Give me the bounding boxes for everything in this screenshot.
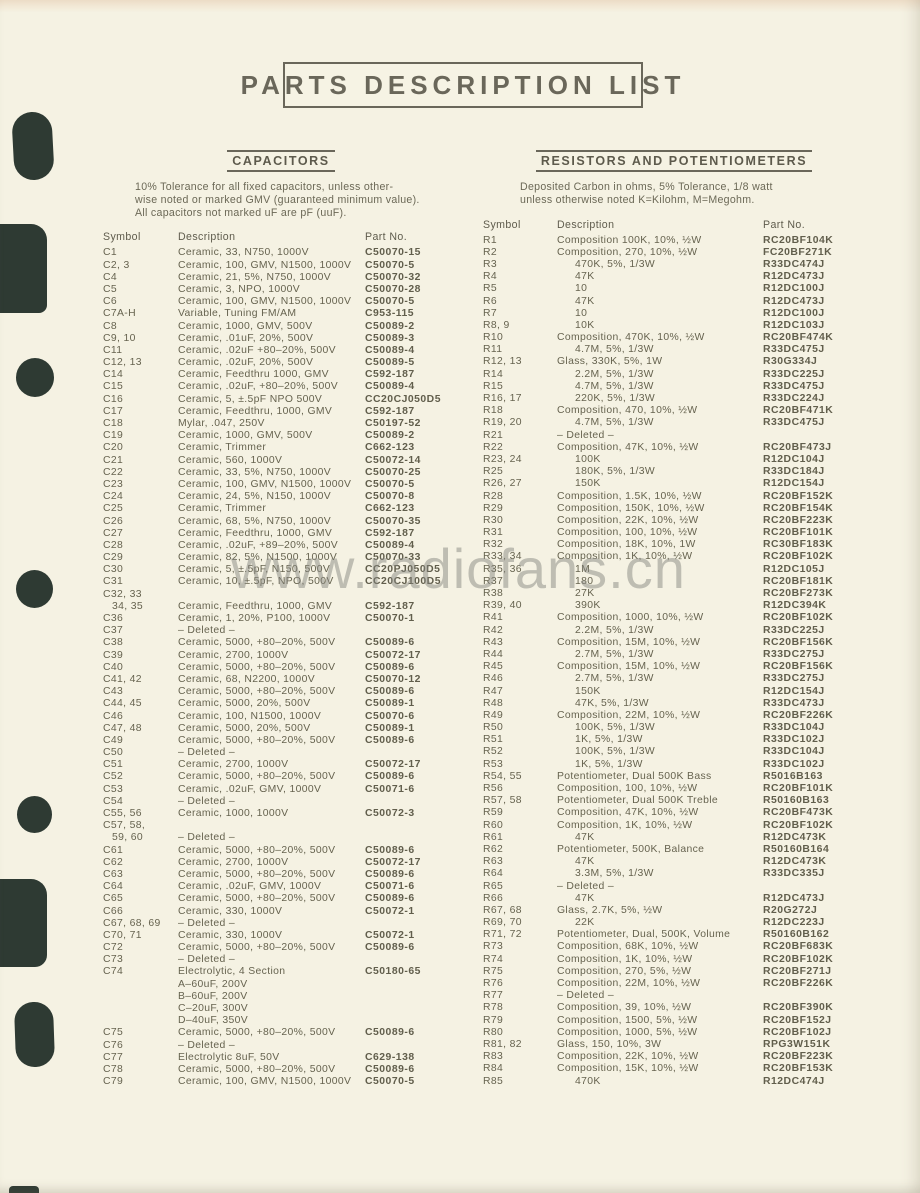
row-description: Ceramic, 100, GMV, N1500, 1000V: [178, 296, 351, 308]
row-symbol: C64: [103, 881, 123, 893]
row-symbol: R79: [483, 1015, 503, 1027]
table-row: R49Composition, 22M, 10%, ½WRC20BF226K: [480, 710, 868, 722]
row-description: Composition, 15K, 10%, ½W: [557, 1063, 699, 1075]
row-description: Electrolytic, 4 Section: [178, 966, 285, 978]
row-part: C50072-1: [365, 930, 415, 942]
row-description: 220K, 5%, 1/3W: [575, 393, 655, 405]
row-part: RC20BF683K: [763, 941, 833, 953]
table-row: C9, 10Ceramic, .01uF, 20%, 500VC50089-3: [95, 333, 467, 345]
row-description: 2.7M, 5%, 1/3W: [575, 673, 654, 685]
row-description: Ceramic, .01uF, 20%, 500V: [178, 333, 313, 345]
row-part: RC20BF102K: [763, 954, 833, 966]
row-description: Ceramic, Trimmer: [178, 503, 266, 515]
row-part: R33DC102J: [763, 759, 825, 771]
row-symbol: R30: [483, 515, 503, 527]
table-row: C70, 71Ceramic, 330, 1000VC50072-1: [95, 930, 467, 942]
row-part: RC20BF181K: [763, 576, 833, 588]
row-symbol: C11: [103, 345, 122, 357]
row-part: C50089-5: [365, 357, 415, 369]
row-symbol: C5: [103, 284, 117, 296]
table-row: C–20uF, 300V: [95, 1003, 467, 1015]
row-symbol: R21: [483, 430, 503, 442]
row-description: Composition, 47K, 10%, ½W: [557, 807, 699, 819]
row-part: R12DC473J: [763, 296, 825, 308]
row-symbol: C54: [103, 796, 123, 808]
row-part: C50089-4: [365, 540, 415, 552]
row-description: Ceramic, Feedthru, 1000, GMV: [178, 528, 332, 540]
row-part: RC20BF102K: [763, 612, 833, 624]
row-description: 3.3M, 5%, 1/3W: [575, 868, 654, 880]
row-symbol: 59, 60: [112, 832, 143, 844]
table-row: C29Ceramic, 82, 5%, N1500, 1000VC50070-3…: [95, 552, 467, 564]
row-symbol: C40: [103, 662, 123, 674]
table-row: C43Ceramic, 5000, +80–20%, 500VC50089-6: [95, 686, 467, 698]
row-description: Composition, 1K, 10%, ½W: [557, 551, 692, 563]
row-part: RC20BF101K: [763, 783, 833, 795]
row-description: 100K: [575, 454, 601, 466]
row-description: Composition, 1500, 5%, ½W: [557, 1015, 697, 1027]
row-description: 470K: [575, 1076, 601, 1088]
row-symbol: C38: [103, 637, 123, 649]
row-part: C50071-6: [365, 784, 415, 796]
table-row: R511K, 5%, 1/3WR33DC102J: [480, 734, 868, 746]
row-description: Ceramic, 1000, GMV, 500V: [178, 321, 313, 333]
punch-hole: [9, 1186, 39, 1193]
row-description: Ceramic, 10, ±.5pF, NPO, 500V: [178, 576, 334, 588]
row-description: Potentiometer, 500K, Balance: [557, 844, 704, 856]
resistors-note: Deposited Carbon in ohms, 5% Tolerance, …: [520, 181, 868, 207]
row-description: – Deleted –: [557, 430, 614, 442]
row-description: B–60uF, 200V: [178, 991, 247, 1003]
row-part: RC20BF226K: [763, 978, 833, 990]
row-symbol: C62: [103, 857, 123, 869]
table-row: C79Ceramic, 100, GMV, N1500, 1000VC50070…: [95, 1076, 467, 1088]
row-part: C50089-1: [365, 723, 415, 735]
row-symbol: R76: [483, 978, 503, 990]
row-part: C50089-3: [365, 333, 415, 345]
row-part: C50070-5: [365, 296, 415, 308]
row-description: – Deleted –: [178, 832, 235, 844]
row-symbol: C53: [103, 784, 123, 796]
row-description: 2.2M, 5%, 1/3W: [575, 625, 654, 637]
row-part: RC20BF152J: [763, 1015, 832, 1027]
table-row: R78Composition, 39, 10%, ½WRC20BF390K: [480, 1002, 868, 1014]
row-symbol: C41, 42: [103, 674, 142, 686]
row-part: RC20BF102K: [763, 551, 833, 563]
punch-hole: [14, 1001, 55, 1067]
table-row: R6647KR12DC473J: [480, 893, 868, 905]
row-symbol: R44: [483, 649, 503, 661]
row-part: R12DC100J: [763, 283, 825, 295]
row-symbol: R19, 20: [483, 417, 522, 429]
row-description: 2.7M, 5%, 1/3W: [575, 649, 654, 661]
row-part: R12DC154J: [763, 478, 825, 490]
column-header-description: Description: [557, 219, 614, 231]
table-row: C14Ceramic, Feedthru 1000, GMVC592-187: [95, 369, 467, 381]
resistors-heading: RESISTORS AND POTENTIOMETERS: [536, 150, 812, 172]
row-symbol: C26: [103, 516, 123, 528]
table-row: R74Composition, 1K, 10%, ½WRC20BF102K: [480, 954, 868, 966]
row-description: 47K, 5%, 1/3W: [575, 698, 649, 710]
row-symbol: C52: [103, 771, 123, 783]
row-symbol: R80: [483, 1027, 503, 1039]
table-row: R2Composition, 270, 10%, ½WFC20BF271K: [480, 247, 868, 259]
row-description: Composition, 470K, 10%, ½W: [557, 332, 705, 344]
row-part: R12DC473K: [763, 856, 826, 868]
row-part: C50089-2: [365, 430, 415, 442]
row-part: R12DC100J: [763, 308, 825, 320]
table-row: R81, 82Glass, 150, 10%, 3WRPG3W151K: [480, 1039, 868, 1051]
row-symbol: C21: [103, 455, 123, 467]
row-part: R12DC223J: [763, 917, 825, 929]
table-row: C67, 68, 69– Deleted –: [95, 918, 467, 930]
table-row: C5Ceramic, 3, NPO, 1000VC50070-28: [95, 284, 467, 296]
table-row: R39, 40390KR12DC394K: [480, 600, 868, 612]
row-part: RC20BF102J: [763, 1027, 832, 1039]
row-description: 47K: [575, 296, 595, 308]
row-symbol: R77: [483, 990, 503, 1002]
row-symbol: R46: [483, 673, 503, 685]
row-part: RC20BF473K: [763, 807, 833, 819]
row-symbol: C76: [103, 1040, 123, 1052]
capacitors-table-body: C1Ceramic, 33, N750, 1000VC50070-15C2, 3…: [95, 247, 467, 1088]
table-row: C25Ceramic, TrimmerC662-123: [95, 503, 467, 515]
row-description: Ceramic, 5000, 20%, 500V: [178, 723, 311, 735]
row-symbol: C27: [103, 528, 123, 540]
row-symbol: C77: [103, 1052, 123, 1064]
row-symbol: R78: [483, 1002, 503, 1014]
row-part: C50089-6: [365, 662, 415, 674]
row-part: RC20BF471K: [763, 405, 833, 417]
table-row: C21Ceramic, 560, 1000VC50072-14: [95, 455, 467, 467]
row-description: – Deleted –: [557, 990, 614, 1002]
row-description: Composition, 15M, 10%, ½W: [557, 661, 700, 673]
table-row: C74Electrolytic, 4 SectionC50180-65: [95, 966, 467, 978]
row-part: C50070-6: [365, 711, 415, 723]
row-symbol: C37: [103, 625, 123, 637]
row-part: C629-138: [365, 1052, 415, 1064]
row-part: R20G272J: [763, 905, 817, 917]
row-symbol: C30: [103, 564, 123, 576]
row-part: R12DC473K: [763, 832, 826, 844]
table-row: C55, 56Ceramic, 1000, 1000VC50072-3: [95, 808, 467, 820]
row-symbol: R42: [483, 625, 503, 637]
row-description: A–60uF, 200V: [178, 979, 247, 991]
table-row: R16, 17220K, 5%, 1/3WR33DC224J: [480, 393, 868, 405]
row-part: RC20BF223K: [763, 1051, 833, 1063]
table-row: C37– Deleted –: [95, 625, 467, 637]
row-part: R50160B164: [763, 844, 829, 856]
table-row: C77Electrolytic 8uF, 50VC629-138: [95, 1052, 467, 1064]
row-part: C50180-65: [365, 966, 421, 978]
table-row: R56Composition, 100, 10%, ½WRC20BF101K: [480, 783, 868, 795]
row-description: Potentiometer, Dual 500K Treble: [557, 795, 718, 807]
row-symbol: R5: [483, 283, 497, 295]
row-description: 10: [575, 308, 587, 320]
note-line: All capacitors not marked uF are pF (uuF…: [135, 207, 467, 220]
row-symbol: R64: [483, 868, 503, 880]
row-part: CC20PJ050D5: [365, 564, 440, 576]
row-symbol: R62: [483, 844, 503, 856]
resistors-table-header: Symbol Description Part No.: [480, 215, 868, 235]
table-row: R710R12DC100J: [480, 308, 868, 320]
parts-description-page: PARTS DESCRIPTION LIST CAPACITORS 10% To…: [0, 0, 920, 1193]
row-description: Ceramic, 5000, +80–20%, 500V: [178, 771, 335, 783]
row-description: – Deleted –: [178, 796, 235, 808]
row-symbol: R73: [483, 941, 503, 953]
table-row: C76– Deleted –: [95, 1040, 467, 1052]
row-description: Ceramic, Feedthru 1000, GMV: [178, 369, 329, 381]
row-symbol: C43: [103, 686, 123, 698]
table-row: C61Ceramic, 5000, +80–20%, 500VC50089-6: [95, 845, 467, 857]
row-description: 47K: [575, 893, 595, 905]
table-row: C46Ceramic, 100, N1500, 1000VC50070-6: [95, 711, 467, 723]
row-part: C50070-25: [365, 467, 421, 479]
row-symbol: C8: [103, 321, 117, 333]
table-row: R83Composition, 22K, 10%, ½WRC20BF223K: [480, 1051, 868, 1063]
row-part: R12DC473J: [763, 271, 825, 283]
table-row: R22Composition, 47K, 10%, ½WRC20BF473J: [480, 442, 868, 454]
row-symbol: C55, 56: [103, 808, 142, 820]
table-row: C18Mylar, .047, 250VC50197-52: [95, 418, 467, 430]
row-symbol: R67, 68: [483, 905, 522, 917]
table-row: C41, 42Ceramic, 68, N2200, 1000VC50070-1…: [95, 674, 467, 686]
table-row: R643.3M, 5%, 1/3WR33DC335J: [480, 868, 868, 880]
row-symbol: C17: [103, 406, 123, 418]
table-row: R47150KR12DC154J: [480, 686, 868, 698]
row-part: RC30BF183K: [763, 539, 833, 551]
row-description: 22K: [575, 917, 595, 929]
row-description: Composition, 22M, 10%, ½W: [557, 710, 700, 722]
row-description: 2.2M, 5%, 1/3W: [575, 369, 654, 381]
row-description: Composition, 1.5K, 10%, ½W: [557, 491, 702, 503]
row-symbol: C16: [103, 394, 123, 406]
row-symbol: R6: [483, 296, 497, 308]
row-part: C50089-4: [365, 345, 415, 357]
row-description: Composition, 150K, 10%, ½W: [557, 503, 705, 515]
row-symbol: R66: [483, 893, 503, 905]
row-symbol: R11: [483, 344, 502, 356]
row-part: C662-123: [365, 442, 415, 454]
row-part: C50072-3: [365, 808, 415, 820]
capacitors-table-header: Symbol Description Part No.: [95, 227, 467, 247]
row-part: C592-187: [365, 369, 415, 381]
table-row: 34, 35Ceramic, Feedthru, 1000, GMVC592-1…: [95, 601, 467, 613]
row-symbol: C12, 13: [103, 357, 142, 369]
row-description: Composition, 15M, 10%, ½W: [557, 637, 700, 649]
row-description: Electrolytic 8uF, 50V: [178, 1052, 279, 1064]
row-description: Ceramic, 2700, 1000V: [178, 759, 288, 771]
table-row: C32, 33: [95, 589, 467, 601]
row-symbol: R43: [483, 637, 503, 649]
row-description: Composition, 1K, 10%, ½W: [557, 820, 692, 832]
row-part: R33DC335J: [763, 868, 825, 880]
table-row: R69, 7022KR12DC223J: [480, 917, 868, 929]
row-part: C50089-6: [365, 637, 415, 649]
table-row: R19, 204.7M, 5%, 1/3WR33DC475J: [480, 417, 868, 429]
row-part: RC20BF153K: [763, 1063, 833, 1075]
row-symbol: C31: [103, 576, 123, 588]
table-row: B–60uF, 200V: [95, 991, 467, 1003]
table-row: R28Composition, 1.5K, 10%, ½WRC20BF152K: [480, 491, 868, 503]
row-symbol: C9, 10: [103, 333, 136, 345]
row-part: R50160B162: [763, 929, 829, 941]
table-row: R447KR12DC473J: [480, 271, 868, 283]
table-row: C50– Deleted –: [95, 747, 467, 759]
row-description: – Deleted –: [178, 954, 235, 966]
capacitors-note: 10% Tolerance for all fixed capacitors, …: [135, 181, 467, 219]
table-row: C78Ceramic, 5000, +80–20%, 500VC50089-6: [95, 1064, 467, 1076]
row-description: Ceramic, 5, ±.5pF NPO 500V: [178, 394, 322, 406]
row-symbol: R2: [483, 247, 497, 259]
row-part: RC20BF102K: [763, 820, 833, 832]
row-part: R30G334J: [763, 356, 817, 368]
row-description: Potentiometer, Dual 500K Bass: [557, 771, 712, 783]
table-row: C65Ceramic, 5000, +80–20%, 500VC50089-6: [95, 893, 467, 905]
row-symbol: R60: [483, 820, 503, 832]
row-part: C50197-52: [365, 418, 421, 430]
row-symbol: C22: [103, 467, 123, 479]
table-row: C53Ceramic, .02uF, GMV, 1000VC50071-6: [95, 784, 467, 796]
table-row: C52Ceramic, 5000, +80–20%, 500VC50089-6: [95, 771, 467, 783]
table-row: C44, 45Ceramic, 5000, 20%, 500VC50089-1: [95, 698, 467, 710]
row-part: RC20BF273K: [763, 588, 833, 600]
table-row: C36Ceramic, 1, 20%, P100, 1000VC50070-1: [95, 613, 467, 625]
row-part: C50089-6: [365, 942, 415, 954]
table-row: R50100K, 5%, 1/3WR33DC104J: [480, 722, 868, 734]
row-symbol: R74: [483, 954, 503, 966]
row-part: R33DC224J: [763, 393, 825, 405]
row-part: FC20BF271K: [763, 247, 832, 259]
row-description: Ceramic, 33, 5%, N750, 1000V: [178, 467, 331, 479]
row-symbol: C67, 68, 69: [103, 918, 161, 930]
row-part: C50072-17: [365, 650, 421, 662]
table-row: R3827KRC20BF273K: [480, 588, 868, 600]
row-description: Composition, 68K, 10%, ½W: [557, 941, 699, 953]
row-part: C592-187: [365, 601, 415, 613]
table-row: R18Composition, 470, 10%, ½WRC20BF471K: [480, 405, 868, 417]
row-symbol: C46: [103, 711, 123, 723]
row-symbol: C51: [103, 759, 123, 771]
row-symbol: R41: [483, 612, 503, 624]
row-description: 180K, 5%, 1/3W: [575, 466, 655, 478]
row-description: 100K, 5%, 1/3W: [575, 722, 655, 734]
row-description: Composition, 1000, 10%, ½W: [557, 612, 704, 624]
row-symbol: C63: [103, 869, 123, 881]
table-row: C64Ceramic, .02uF, GMV, 1000VC50071-6: [95, 881, 467, 893]
row-description: Ceramic, 68, 5%, N750, 1000V: [178, 516, 331, 528]
row-description: Ceramic, 2700, 1000V: [178, 857, 288, 869]
table-row: R647KR12DC473J: [480, 296, 868, 308]
table-row: D–40uF, 350V: [95, 1015, 467, 1027]
row-symbol: R81, 82: [483, 1039, 522, 1051]
row-description: Ceramic, 330, 1000V: [178, 906, 282, 918]
row-symbol: C29: [103, 552, 123, 564]
table-row: C54– Deleted –: [95, 796, 467, 808]
row-description: 27K: [575, 588, 595, 600]
row-symbol: R59: [483, 807, 503, 819]
row-part: C953-115: [365, 308, 414, 320]
row-symbol: R32: [483, 539, 503, 551]
table-row: C31Ceramic, 10, ±.5pF, NPO, 500VCC20CJ10…: [95, 576, 467, 588]
table-row: C4Ceramic, 21, 5%, N750, 1000VC50070-32: [95, 272, 467, 284]
row-symbol: R1: [483, 235, 497, 247]
row-description: – Deleted –: [557, 881, 614, 893]
row-description: Composition, 1000, 5%, ½W: [557, 1027, 697, 1039]
row-symbol: C70, 71: [103, 930, 142, 942]
row-symbol: R28: [483, 491, 503, 503]
row-part: R12DC103J: [763, 320, 825, 332]
row-description: Ceramic, 1, 20%, P100, 1000V: [178, 613, 330, 625]
row-part: RC20BF154K: [763, 503, 833, 515]
row-description: Ceramic, 82, 5%, N1500, 1000V: [178, 552, 337, 564]
table-row: R60Composition, 1K, 10%, ½WRC20BF102K: [480, 820, 868, 832]
row-symbol: R65: [483, 881, 503, 893]
row-description: Glass, 150, 10%, 3W: [557, 1039, 661, 1051]
row-description: Composition, 39, 10%, ½W: [557, 1002, 691, 1014]
row-symbol: C24: [103, 491, 123, 503]
row-symbol: R54, 55: [483, 771, 522, 783]
row-description: Ceramic, 5, ±.5pF, N150, 500V: [178, 564, 330, 576]
row-description: 4.7M, 5%, 1/3W: [575, 381, 654, 393]
row-symbol: C28: [103, 540, 123, 552]
row-description: D–40uF, 350V: [178, 1015, 248, 1027]
row-symbol: C47, 48: [103, 723, 142, 735]
row-symbol: R15: [483, 381, 503, 393]
row-description: Ceramic, 100, N1500, 1000V: [178, 711, 321, 723]
row-description: Ceramic, .02uF, GMV, 1000V: [178, 881, 321, 893]
row-part: C50089-6: [365, 771, 415, 783]
row-part: C50072-17: [365, 759, 421, 771]
row-symbol: R35, 36: [483, 564, 522, 576]
row-part: C662-123: [365, 503, 415, 515]
table-row: C23Ceramic, 100, GMV, N1500, 1000VC50070…: [95, 479, 467, 491]
row-part: C50089-6: [365, 1027, 415, 1039]
row-part: RPG3W151K: [763, 1039, 830, 1051]
table-row: R67, 68Glass, 2.7K, 5%, ½WR20G272J: [480, 905, 868, 917]
row-part: C50072-17: [365, 857, 421, 869]
table-row: C63Ceramic, 5000, +80–20%, 500VC50089-6: [95, 869, 467, 881]
row-part: RC20BF156K: [763, 637, 833, 649]
row-symbol: C18: [103, 418, 123, 430]
row-description: Ceramic, 330, 1000V: [178, 930, 282, 942]
row-part: RC20BF390K: [763, 1002, 833, 1014]
row-symbol: R50: [483, 722, 503, 734]
row-part: C592-187: [365, 528, 415, 540]
row-part: R12DC473J: [763, 893, 825, 905]
row-description: Ceramic, 100, GMV, N1500, 1000V: [178, 479, 351, 491]
table-row: R71, 72Potentiometer, Dual, 500K, Volume…: [480, 929, 868, 941]
binder-tab: [0, 224, 47, 313]
table-row: R21– Deleted –: [480, 430, 868, 442]
row-symbol: C7A-H: [103, 308, 136, 320]
row-description: Ceramic, .02uF +80–20%, 500V: [178, 345, 336, 357]
table-row: R114.7M, 5%, 1/3WR33DC475J: [480, 344, 868, 356]
row-description: Glass, 330K, 5%, 1W: [557, 356, 662, 368]
row-description: Composition, 22M, 10%, ½W: [557, 978, 700, 990]
row-symbol: C50: [103, 747, 123, 759]
table-row: R26, 27150KR12DC154J: [480, 478, 868, 490]
table-row: C38Ceramic, 5000, +80–20%, 500VC50089-6: [95, 637, 467, 649]
row-description: 1K, 5%, 1/3W: [575, 759, 643, 771]
column-header-part-no: Part No.: [763, 219, 805, 231]
row-part: RC20BF271J: [763, 966, 832, 978]
row-part: R33DC225J: [763, 369, 825, 381]
table-row: R4847K, 5%, 1/3WR33DC473J: [480, 698, 868, 710]
row-description: Ceramic, Trimmer: [178, 442, 266, 454]
page-title-text: PARTS DESCRIPTION LIST: [241, 70, 686, 101]
row-description: 47K: [575, 832, 595, 844]
